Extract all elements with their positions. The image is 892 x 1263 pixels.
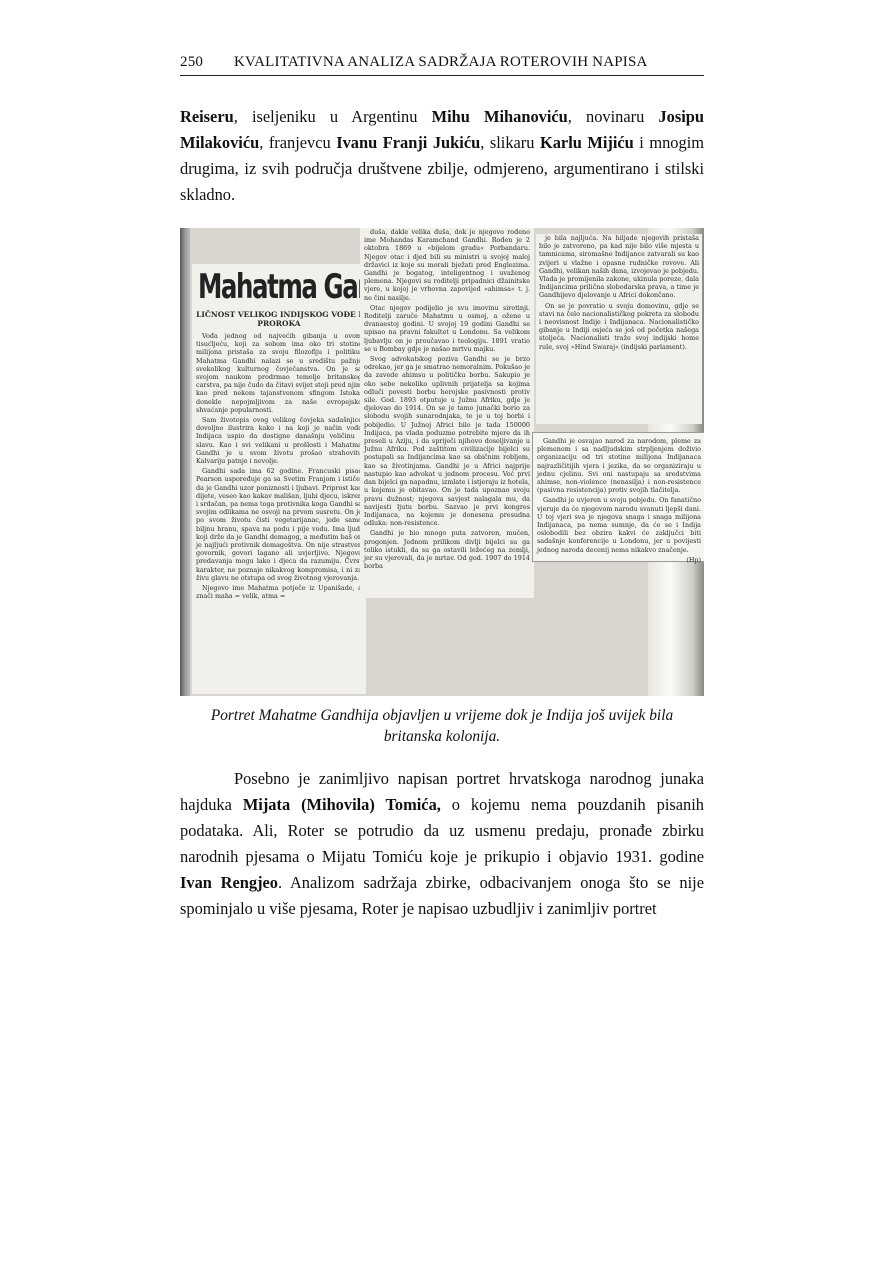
bold-name: Karlu Mijiću (540, 133, 634, 152)
bold-name: Ivanu Franji Jukiću (336, 133, 480, 152)
running-title: KVALITATIVNA ANALIZA SADRŽAJA ROTEROVIH … (234, 54, 648, 71)
paragraph-mijat-tomic: Posebno je zanimljivo napisan portret hr… (180, 766, 704, 922)
bold-name: Mihu Mihanoviću (432, 107, 568, 126)
figure-caption: Portret Mahatme Gandhija objavljen u vri… (180, 705, 704, 747)
bold-name: Ivan Rengjeo (180, 873, 278, 892)
paragraph-intro: Reiseru, iseljeniku u Argentinu Mihu Mih… (180, 104, 704, 208)
clipping-column-2: duša, dakle velika duša, dok je njegovo … (360, 228, 534, 598)
running-header: 250 KVALITATIVNA ANALIZA SADRŽAJA ROTERO… (180, 53, 704, 76)
bold-name: Mijata (Mihovila) Tomića, (243, 795, 441, 814)
newspaper-clipping-image: Mahatma Gandhi LIČNOST VELIKOG INDIJSKOG… (180, 228, 704, 696)
clipping-masthead: Mahatma Gandhi (198, 268, 316, 306)
clipping-subhead: LIČNOST VELIKOG INDIJSKOG VOĐE I PROROKA (196, 310, 362, 328)
page-number: 250 (180, 54, 203, 71)
clipping-column-1: Mahatma Gandhi LIČNOST VELIKOG INDIJSKOG… (192, 264, 366, 694)
clipping-column-3-boxed: Gandhi je osvajao narod za narodom, plem… (532, 432, 704, 562)
clipping-column-3: je bila najljuća. Na hiljade njegovih pr… (536, 234, 702, 424)
faded-bleedthrough-text (552, 558, 672, 688)
scan-edge (180, 228, 190, 696)
bold-name: Reiseru (180, 107, 234, 126)
